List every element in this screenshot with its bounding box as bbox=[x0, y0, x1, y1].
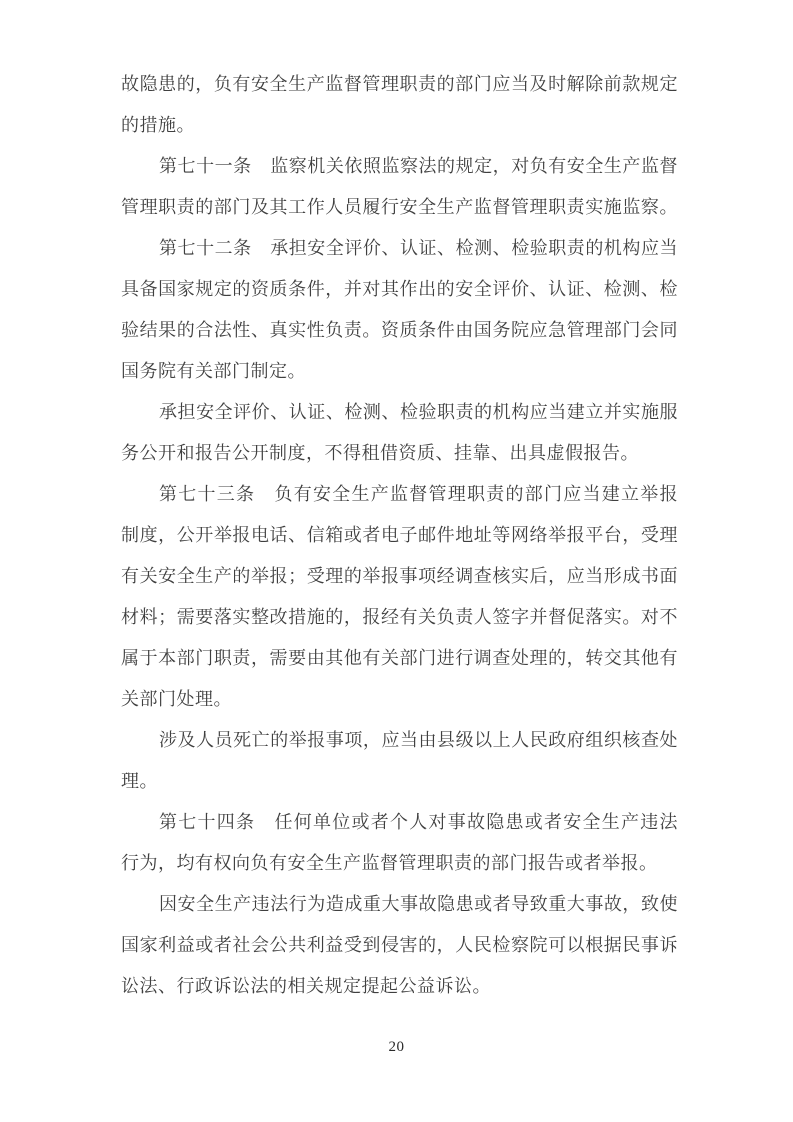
text-line: 第七十一条 监察机关依照监察法的规定，对负有安全生产监督 bbox=[121, 146, 678, 187]
text-line: 第七十三条 负有安全生产监督管理职责的部门应当建立举报 bbox=[121, 474, 678, 515]
text-line: 属于本部门职责，需要由其他有关部门进行调查处理的，转交其他有 bbox=[121, 638, 678, 679]
text-line: 承担安全评价、认证、检测、检验职责的机构应当建立并实施服 bbox=[121, 392, 678, 433]
text-line: 的措施。 bbox=[121, 105, 678, 146]
text-line: 理。 bbox=[121, 761, 678, 802]
text-line: 有关安全生产的举报；受理的举报事项经调查核实后，应当形成书面 bbox=[121, 556, 678, 597]
text-line: 关部门处理。 bbox=[121, 679, 678, 720]
text-block: 故隐患的，负有安全生产监督管理职责的部门应当及时解除前款规定的措施。第七十一条 … bbox=[121, 64, 678, 1007]
text-line: 具备国家规定的资质条件，并对其作出的安全评价、认证、检测、检 bbox=[121, 269, 678, 310]
text-line: 管理职责的部门及其工作人员履行安全生产监督管理职责实施监察。 bbox=[121, 187, 678, 228]
text-line: 故隐患的，负有安全生产监督管理职责的部门应当及时解除前款规定 bbox=[121, 64, 678, 105]
text-line: 行为，均有权向负有安全生产监督管理职责的部门报告或者举报。 bbox=[121, 843, 678, 884]
text-line: 第七十四条 任何单位或者个人对事故隐患或者安全生产违法 bbox=[121, 802, 678, 843]
page-number: 20 bbox=[389, 1039, 405, 1056]
document-page: 故隐患的，负有安全生产监督管理职责的部门应当及时解除前款规定的措施。第七十一条 … bbox=[0, 0, 793, 1122]
text-line: 材料；需要落实整改措施的，报经有关负责人签字并督促落实。对不 bbox=[121, 597, 678, 638]
text-line: 因安全生产违法行为造成重大事故隐患或者导致重大事故，致使 bbox=[121, 884, 678, 925]
text-line: 讼法、行政诉讼法的相关规定提起公益诉讼。 bbox=[121, 966, 678, 1007]
page-footer: 20 bbox=[0, 1038, 793, 1056]
text-line: 涉及人员死亡的举报事项，应当由县级以上人民政府组织核查处 bbox=[121, 720, 678, 761]
text-line: 国务院有关部门制定。 bbox=[121, 351, 678, 392]
text-line: 国家利益或者社会公共利益受到侵害的，人民检察院可以根据民事诉 bbox=[121, 925, 678, 966]
text-line: 验结果的合法性、真实性负责。资质条件由国务院应急管理部门会同 bbox=[121, 310, 678, 351]
text-line: 制度，公开举报电话、信箱或者电子邮件地址等网络举报平台，受理 bbox=[121, 515, 678, 556]
text-line: 第七十二条 承担安全评价、认证、检测、检验职责的机构应当 bbox=[121, 228, 678, 269]
text-line: 务公开和报告公开制度，不得租借资质、挂靠、出具虚假报告。 bbox=[121, 433, 678, 474]
